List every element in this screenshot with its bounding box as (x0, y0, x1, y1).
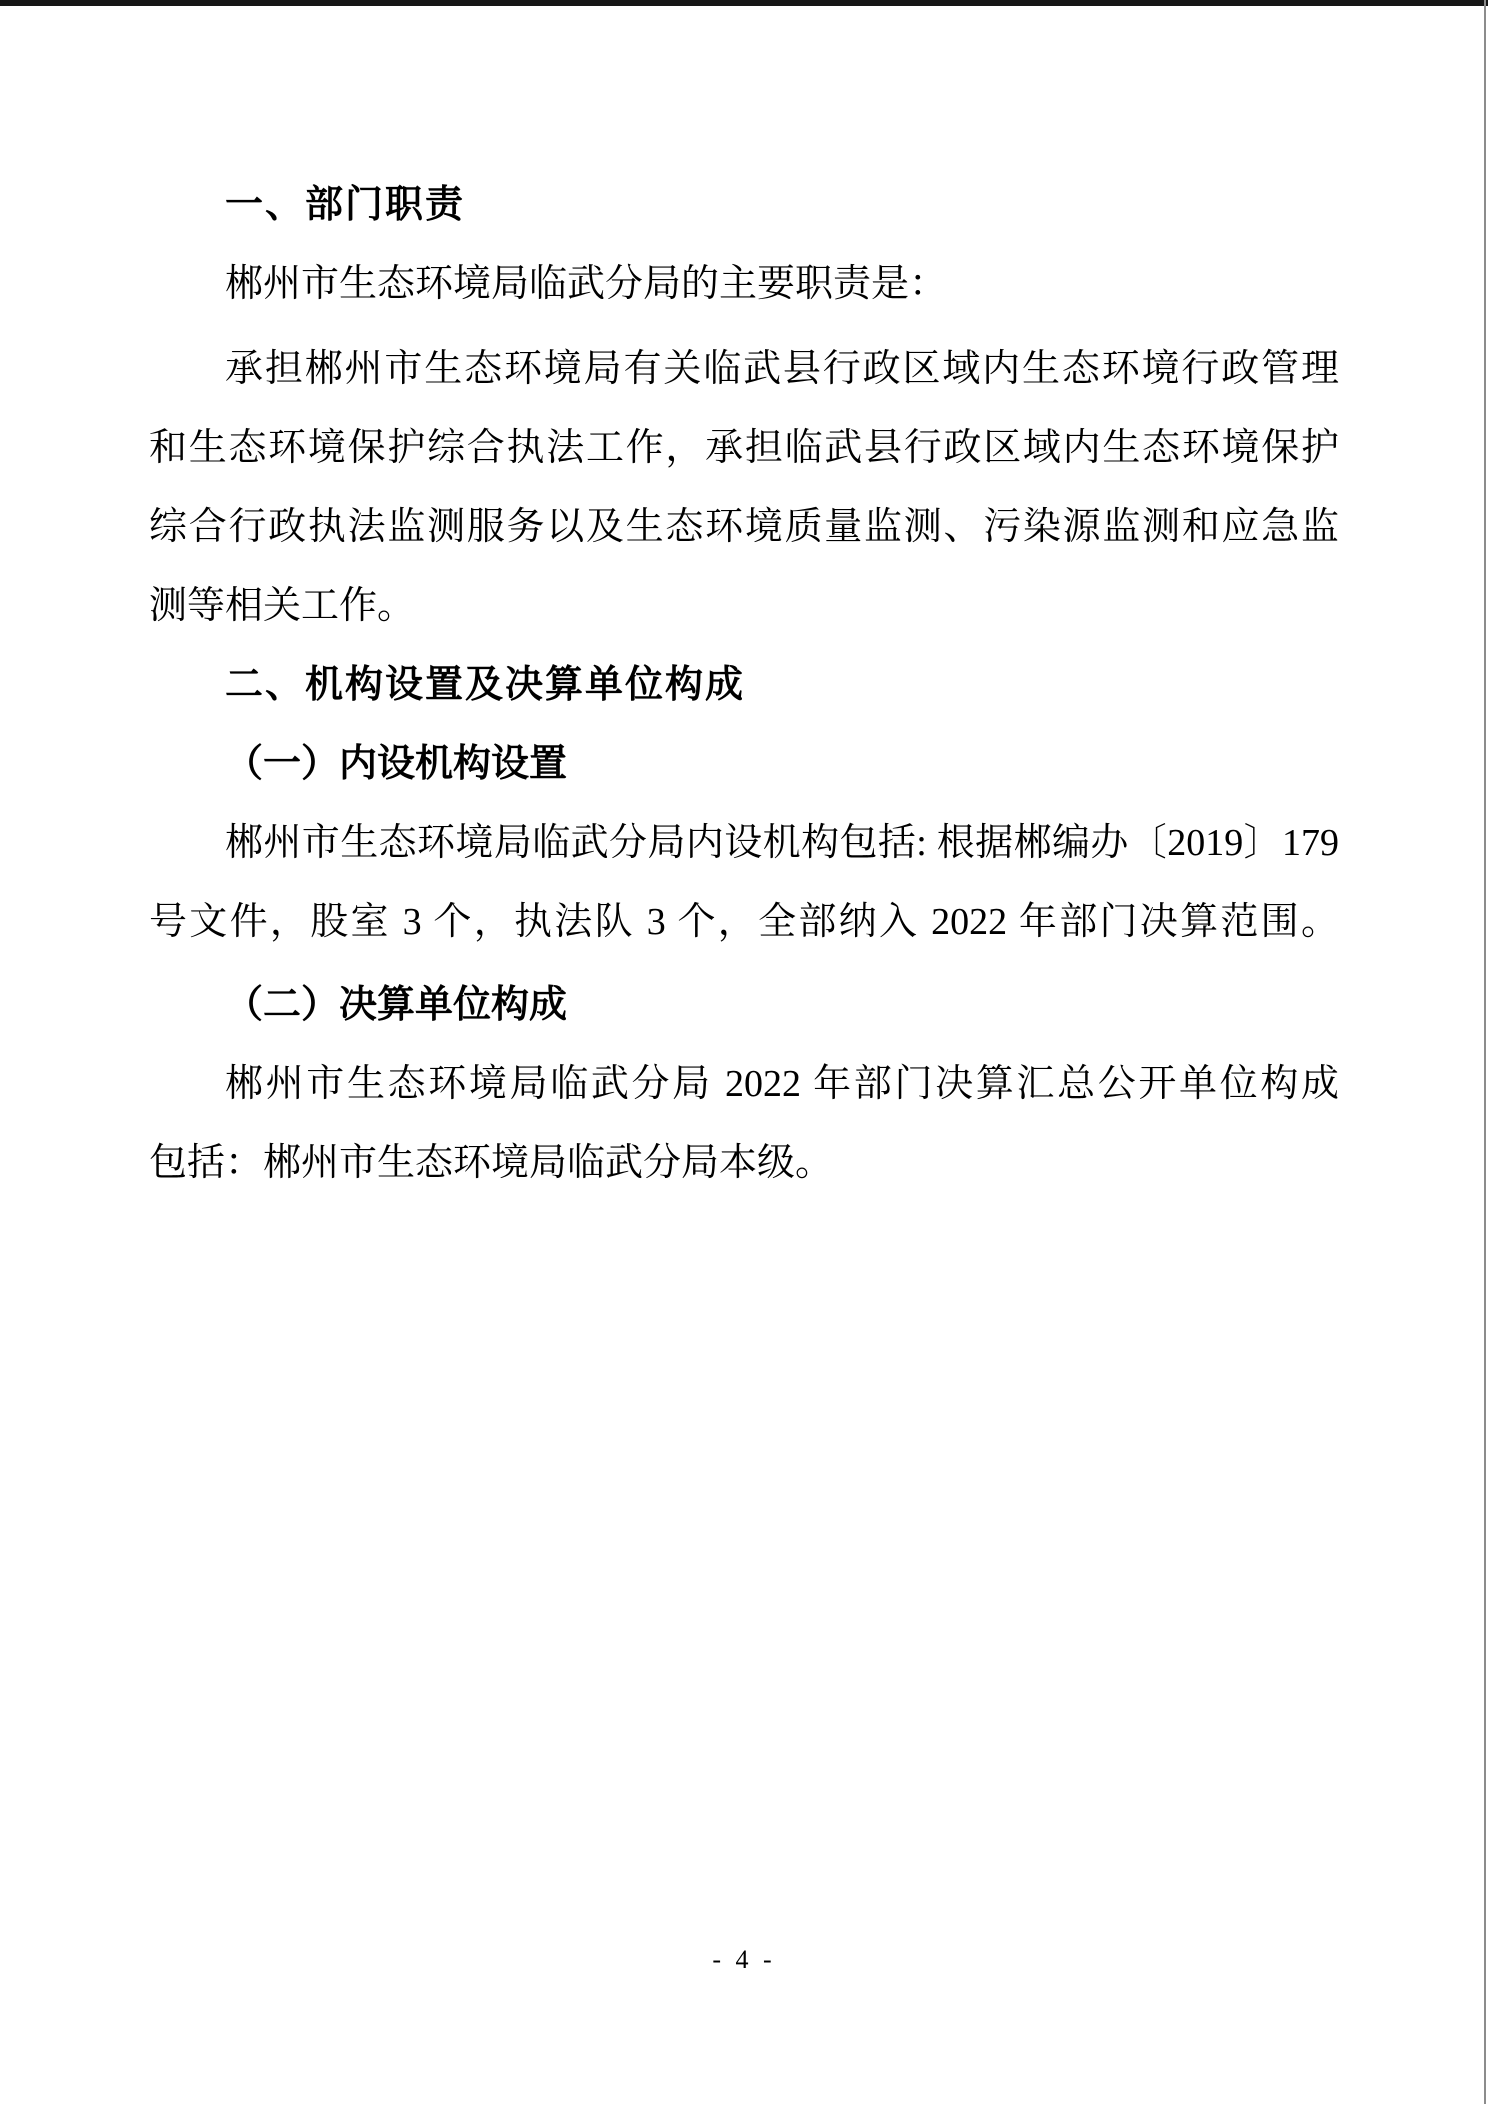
page-right-edge (1484, 0, 1486, 2104)
body-line: 承担郴州市生态环境局有关临武县行政区域内生态环境行政管理 (149, 330, 1339, 409)
body-line: 郴州市生态环境局临武分局 2022 年部门决算汇总公开单位构成 (149, 1045, 1339, 1124)
body-line: 综合行政执法监测服务以及生态环境质量监测、污染源监测和应急监 (149, 488, 1339, 567)
body-line: 测等相关工作。 (149, 567, 1339, 646)
section-2-heading: 二、机构设置及决算单位构成 (149, 646, 1339, 725)
page-number: - 4 - (0, 1940, 1488, 1980)
section-1-heading: 一、部门职责 (149, 166, 1339, 245)
body-line: 包括：郴州市生态环境局临武分局本级。 (149, 1124, 1339, 1203)
document-body: 一、部门职责 郴州市生态环境局临武分局的主要职责是： 承担郴州市生态环境局有关临… (149, 166, 1339, 1203)
body-line: 郴州市生态环境局临武分局的主要职责是： (149, 245, 1339, 324)
body-line: 号文件，股室 3 个，执法队 3 个，全部纳入 2022 年部门决算范围。 (149, 883, 1339, 962)
body-line: 郴州市生态环境局临武分局内设机构包括: 根据郴编办〔2019〕179 (149, 804, 1339, 883)
page-top-edge (0, 0, 1488, 6)
subsection-2-1-heading: （一）内设机构设置 (149, 725, 1339, 804)
subsection-2-2-heading: （二）决算单位构成 (149, 966, 1339, 1045)
body-line: 和生态环境保护综合执法工作，承担临武县行政区域内生态环境保护 (149, 409, 1339, 488)
